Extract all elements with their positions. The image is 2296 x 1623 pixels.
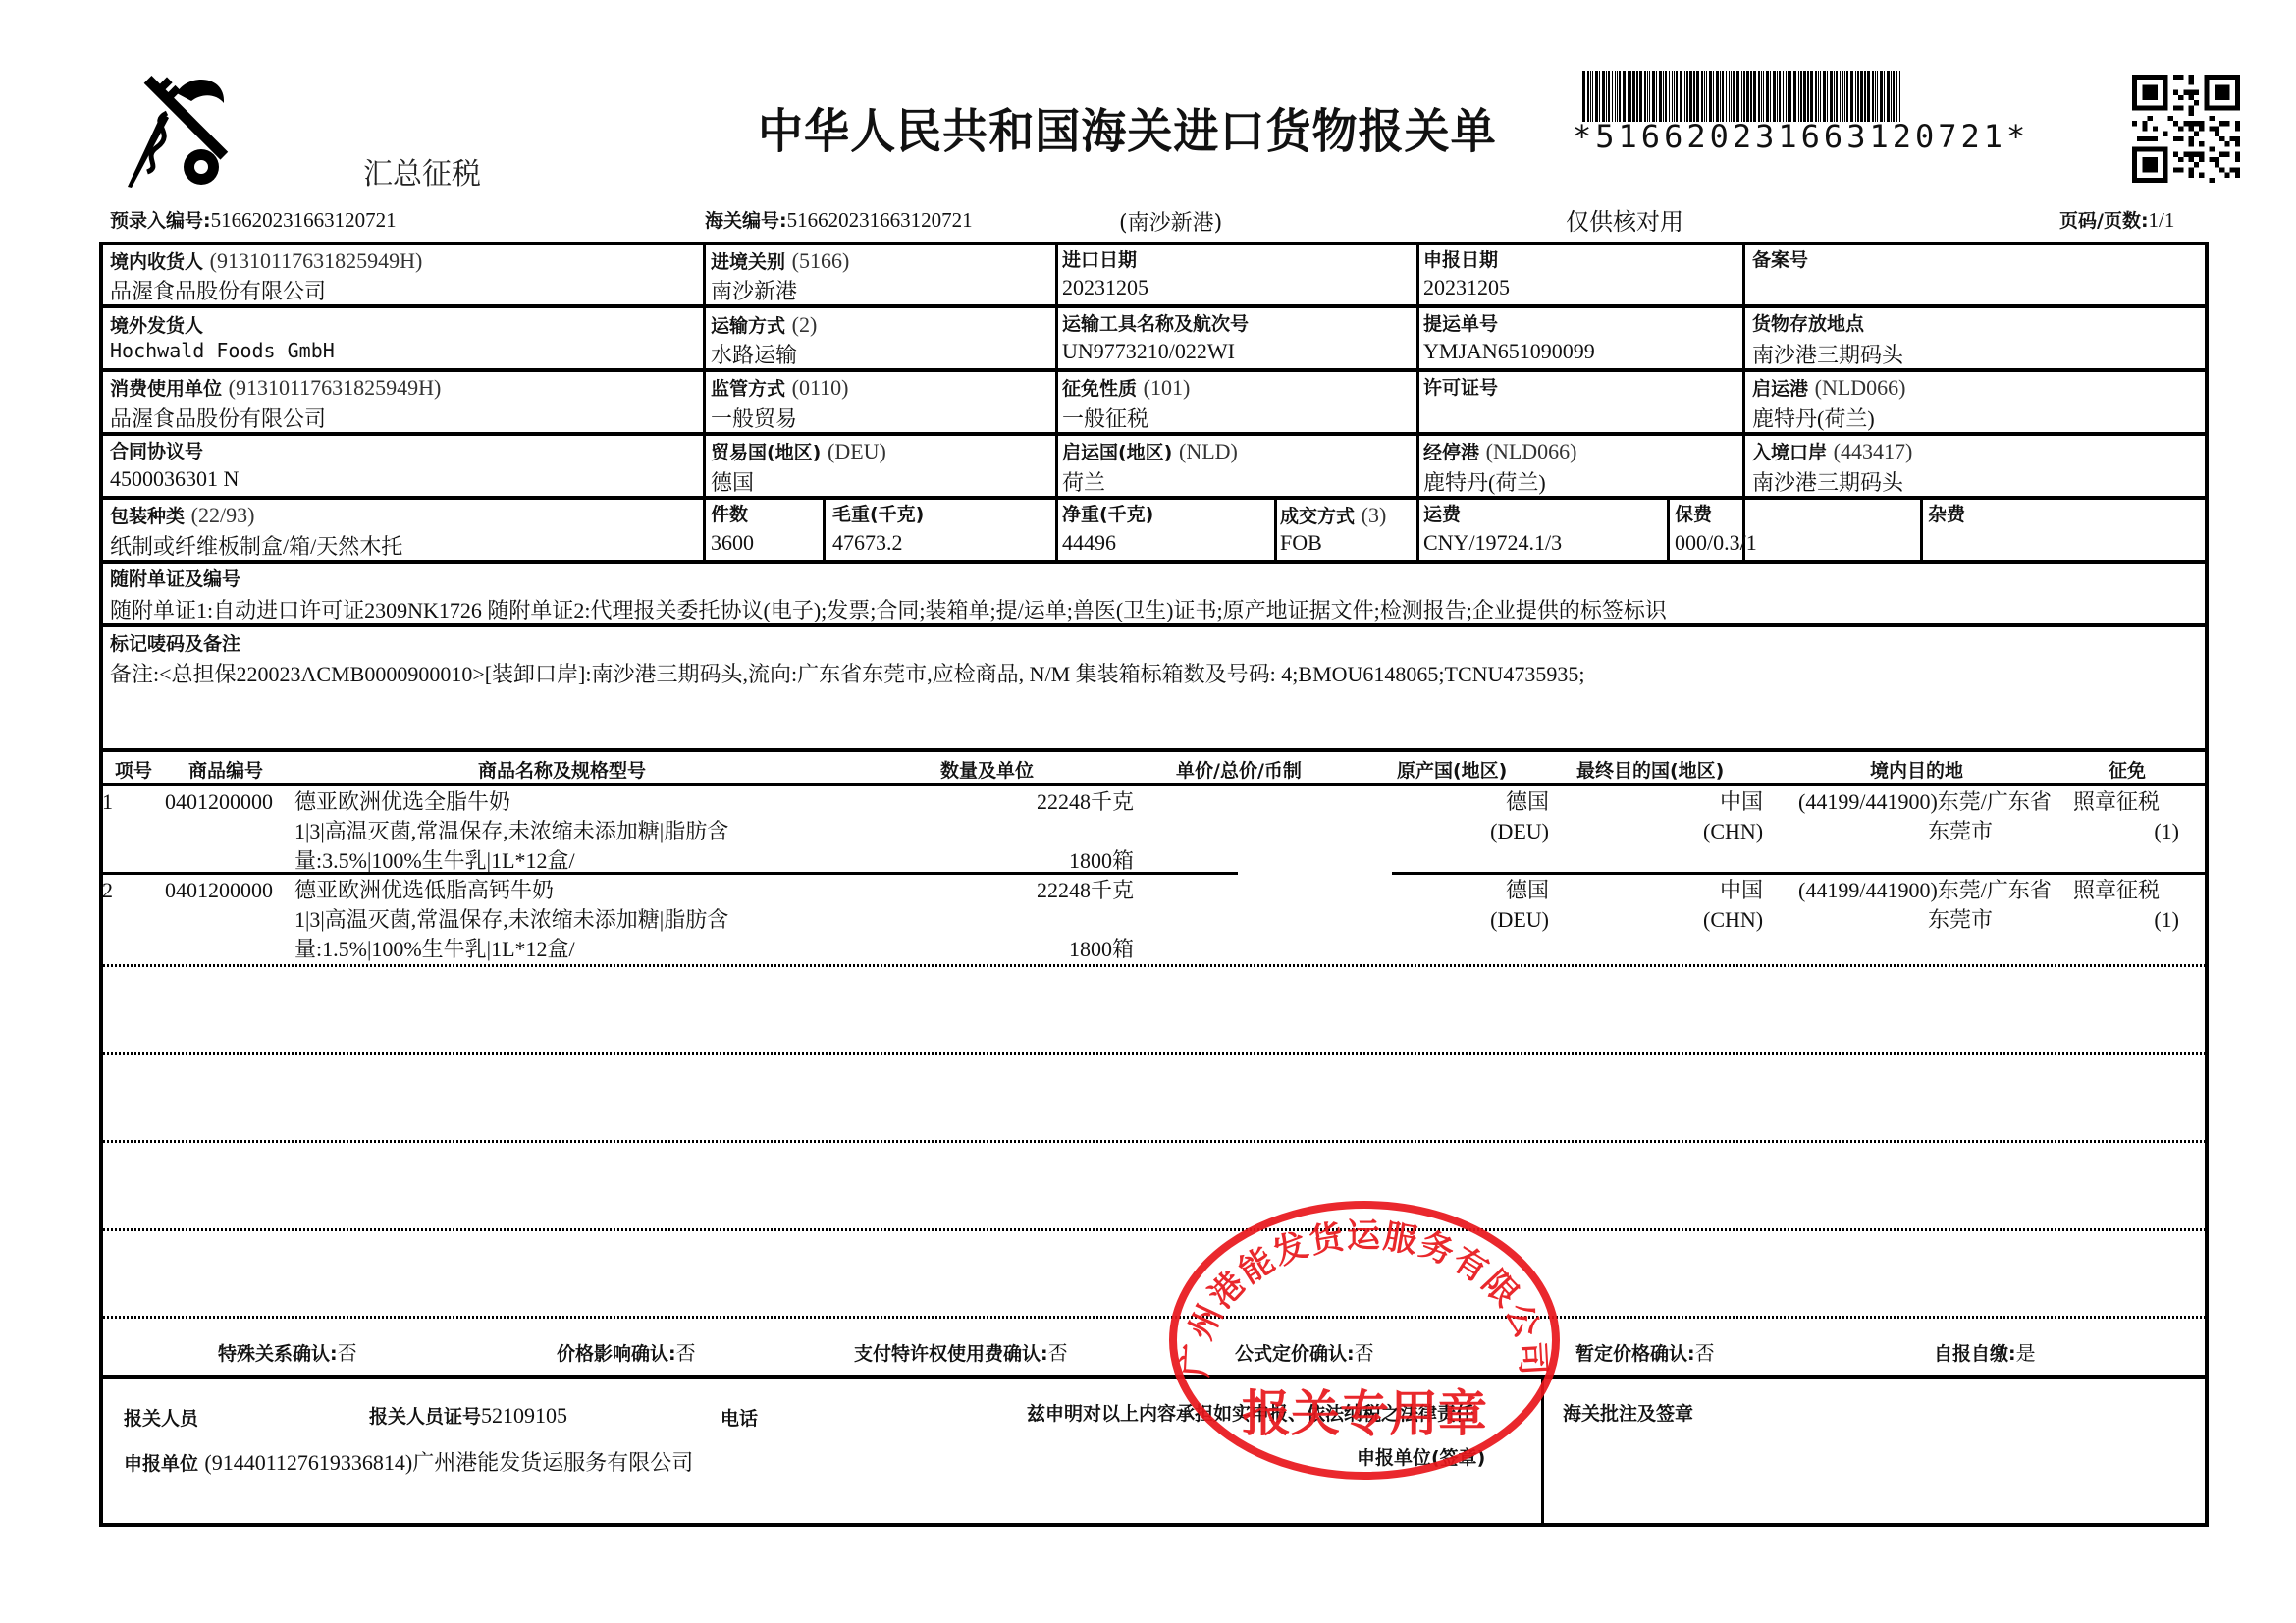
- entry-port-label: 入境口岸 (443417): [1752, 438, 1912, 464]
- import-date-value: 20231205: [1062, 275, 1148, 300]
- entry-customs-label: 进境关别 (5166): [711, 247, 849, 274]
- entry-customs-value: 南沙新港: [711, 275, 797, 305]
- transit-port-value: 鹿特丹(荷兰): [1423, 466, 1546, 497]
- trade-terms-label: 成交方式 (3): [1280, 502, 1386, 528]
- page-indicator: 页码/页数:1/1: [2059, 206, 2174, 233]
- bill-no-value: YMJAN651090099: [1423, 339, 1595, 364]
- col-levy: 征免: [2109, 756, 2146, 783]
- consumer-unit-label: 消费使用单位 (91310117631825949H): [110, 374, 441, 401]
- contract-no-value: 4500036301 N: [110, 466, 239, 492]
- insurance-label: 保费: [1675, 500, 1712, 526]
- bill-no-label: 提运单号: [1423, 309, 1498, 336]
- gross-weight-value: 47673.2: [832, 530, 903, 556]
- declare-date-value: 20231205: [1423, 275, 1510, 300]
- customs-number: 海关编号:516620231663120721: [705, 206, 973, 233]
- transit-port-label: 经停港 (NLD066): [1423, 438, 1577, 464]
- consignee-value: 品渥食品股份有限公司: [110, 275, 326, 305]
- qr-code-icon: [2132, 75, 2240, 183]
- consignee-label: 境内收货人 (91310117631825949H): [110, 247, 422, 274]
- marks-remarks-label: 标记唛码及备注: [110, 629, 240, 656]
- freight-label: 运费: [1423, 500, 1461, 526]
- freight-value: CNY/19724.1/3: [1423, 530, 1562, 556]
- trade-country-label: 贸易国(地区) (DEU): [711, 438, 886, 464]
- attached-docs-label: 随附单证及编号: [110, 565, 240, 591]
- formula-pricing-confirm: 公式定价确认:否: [1235, 1337, 1374, 1366]
- verify-note: 仅供核对用: [1566, 202, 1683, 237]
- customs-office: (南沙新港): [1119, 206, 1222, 237]
- provisional-price-confirm: 暂定价格确认:否: [1575, 1337, 1715, 1366]
- marks-remarks-value: 备注:<总担保220023ACMB0000900010>[装卸口岸]:南沙港三期…: [110, 658, 1585, 688]
- supervision-mode-label: 监管方式 (0110): [711, 374, 848, 401]
- net-weight-label: 净重(千克): [1062, 500, 1153, 526]
- departure-port-label: 启运港 (NLD066): [1752, 374, 1906, 401]
- supervision-mode-value: 一般贸易: [711, 403, 797, 433]
- declaring-unit: 申报单位 (914401127619336814)广州港能发货运服务有限公司: [124, 1446, 693, 1477]
- net-weight-value: 44496: [1062, 530, 1116, 556]
- departure-port-value: 鹿特丹(荷兰): [1752, 403, 1875, 433]
- col-domestic-dest: 境内目的地: [1870, 756, 1963, 783]
- contract-no-label: 合同协议号: [110, 437, 203, 463]
- vessel-voyage-value: UN9773210/022WI: [1062, 339, 1235, 364]
- transport-mode-label: 运输方式 (2): [711, 311, 817, 338]
- record-no-label: 备案号: [1752, 245, 1808, 272]
- misc-fee-label: 杂费: [1928, 500, 1965, 526]
- consignor-value: Hochwald Foods GmbH: [110, 339, 335, 362]
- departure-country-value: 荷兰: [1062, 466, 1105, 497]
- trade-terms-value: FOB: [1280, 530, 1322, 556]
- storage-place-value: 南沙港三期码头: [1752, 339, 1903, 369]
- col-quantity: 数量及单位: [940, 756, 1034, 783]
- import-date-label: 进口日期: [1062, 245, 1137, 272]
- consignor-label: 境外发货人: [110, 311, 203, 338]
- self-declare-pay: 自报自缴:是: [1934, 1337, 2036, 1366]
- col-dest-country: 最终目的国(地区): [1576, 756, 1724, 783]
- pieces-label: 件数: [711, 500, 748, 526]
- declaration-statement: 兹申明对以上内容承担如实申报、依法纳税之法律责任: [1027, 1399, 1474, 1426]
- attached-docs-value: 随附单证1:自动进口许可证2309NK1726 随附单证2:代理报关委托协议(电…: [110, 594, 1667, 624]
- price-impact-confirm: 价格影响确认:否: [557, 1337, 696, 1366]
- customs-emblem-icon: [108, 74, 231, 191]
- customs-approval-label: 海关批注及签章: [1563, 1399, 1693, 1426]
- document-title: 中华人民共和国海关进口货物报关单: [758, 93, 1497, 161]
- declarant-cert: 报关人员证号52109105: [369, 1402, 567, 1429]
- phone-label: 电话: [721, 1404, 758, 1431]
- col-hs-code: 商品编号: [188, 756, 263, 783]
- pre-entry-number: 预录入编号:516620231663120721: [110, 206, 397, 233]
- special-relation-confirm: 特殊关系确认:否: [218, 1337, 357, 1366]
- transport-mode-value: 水路运输: [711, 339, 797, 369]
- gross-weight-label: 毛重(千克): [832, 500, 924, 526]
- tax-mode-label: 汇总征税: [363, 149, 481, 192]
- license-no-label: 许可证号: [1423, 373, 1498, 400]
- trade-country-value: 德国: [711, 466, 754, 497]
- package-type-value: 纸制或纤维板制盒/箱/天然木托: [110, 530, 402, 561]
- col-item-no: 项号: [115, 756, 152, 783]
- departure-country-label: 启运国(地区) (NLD): [1062, 438, 1238, 464]
- royalty-confirm: 支付特许权使用费确认:否: [854, 1337, 1068, 1366]
- insurance-value: 000/0.3/1: [1675, 530, 1757, 556]
- levy-nature-value: 一般征税: [1062, 403, 1148, 433]
- consumer-unit-value: 品渥食品股份有限公司: [110, 403, 326, 433]
- pieces-value: 3600: [711, 530, 754, 556]
- package-type-label: 包装种类 (22/93): [110, 502, 254, 528]
- declare-date-label: 申报日期: [1423, 245, 1498, 272]
- barcode-number: *516620231663120721*: [1573, 118, 2029, 155]
- levy-nature-label: 征免性质 (101): [1062, 374, 1190, 401]
- barcode-icon: [1580, 71, 1904, 122]
- col-name-spec: 商品名称及规格型号: [478, 756, 646, 783]
- col-origin: 原产国(地区): [1397, 756, 1507, 783]
- col-price: 单价/总价/币制: [1176, 756, 1302, 783]
- unit-signature-label: 申报单位(签章): [1357, 1443, 1485, 1470]
- storage-place-label: 货物存放地点: [1752, 309, 1864, 336]
- vessel-voyage-label: 运输工具名称及航次号: [1062, 309, 1249, 336]
- entry-port-value: 南沙港三期码头: [1752, 466, 1903, 497]
- declarant-label: 报关人员: [124, 1404, 198, 1431]
